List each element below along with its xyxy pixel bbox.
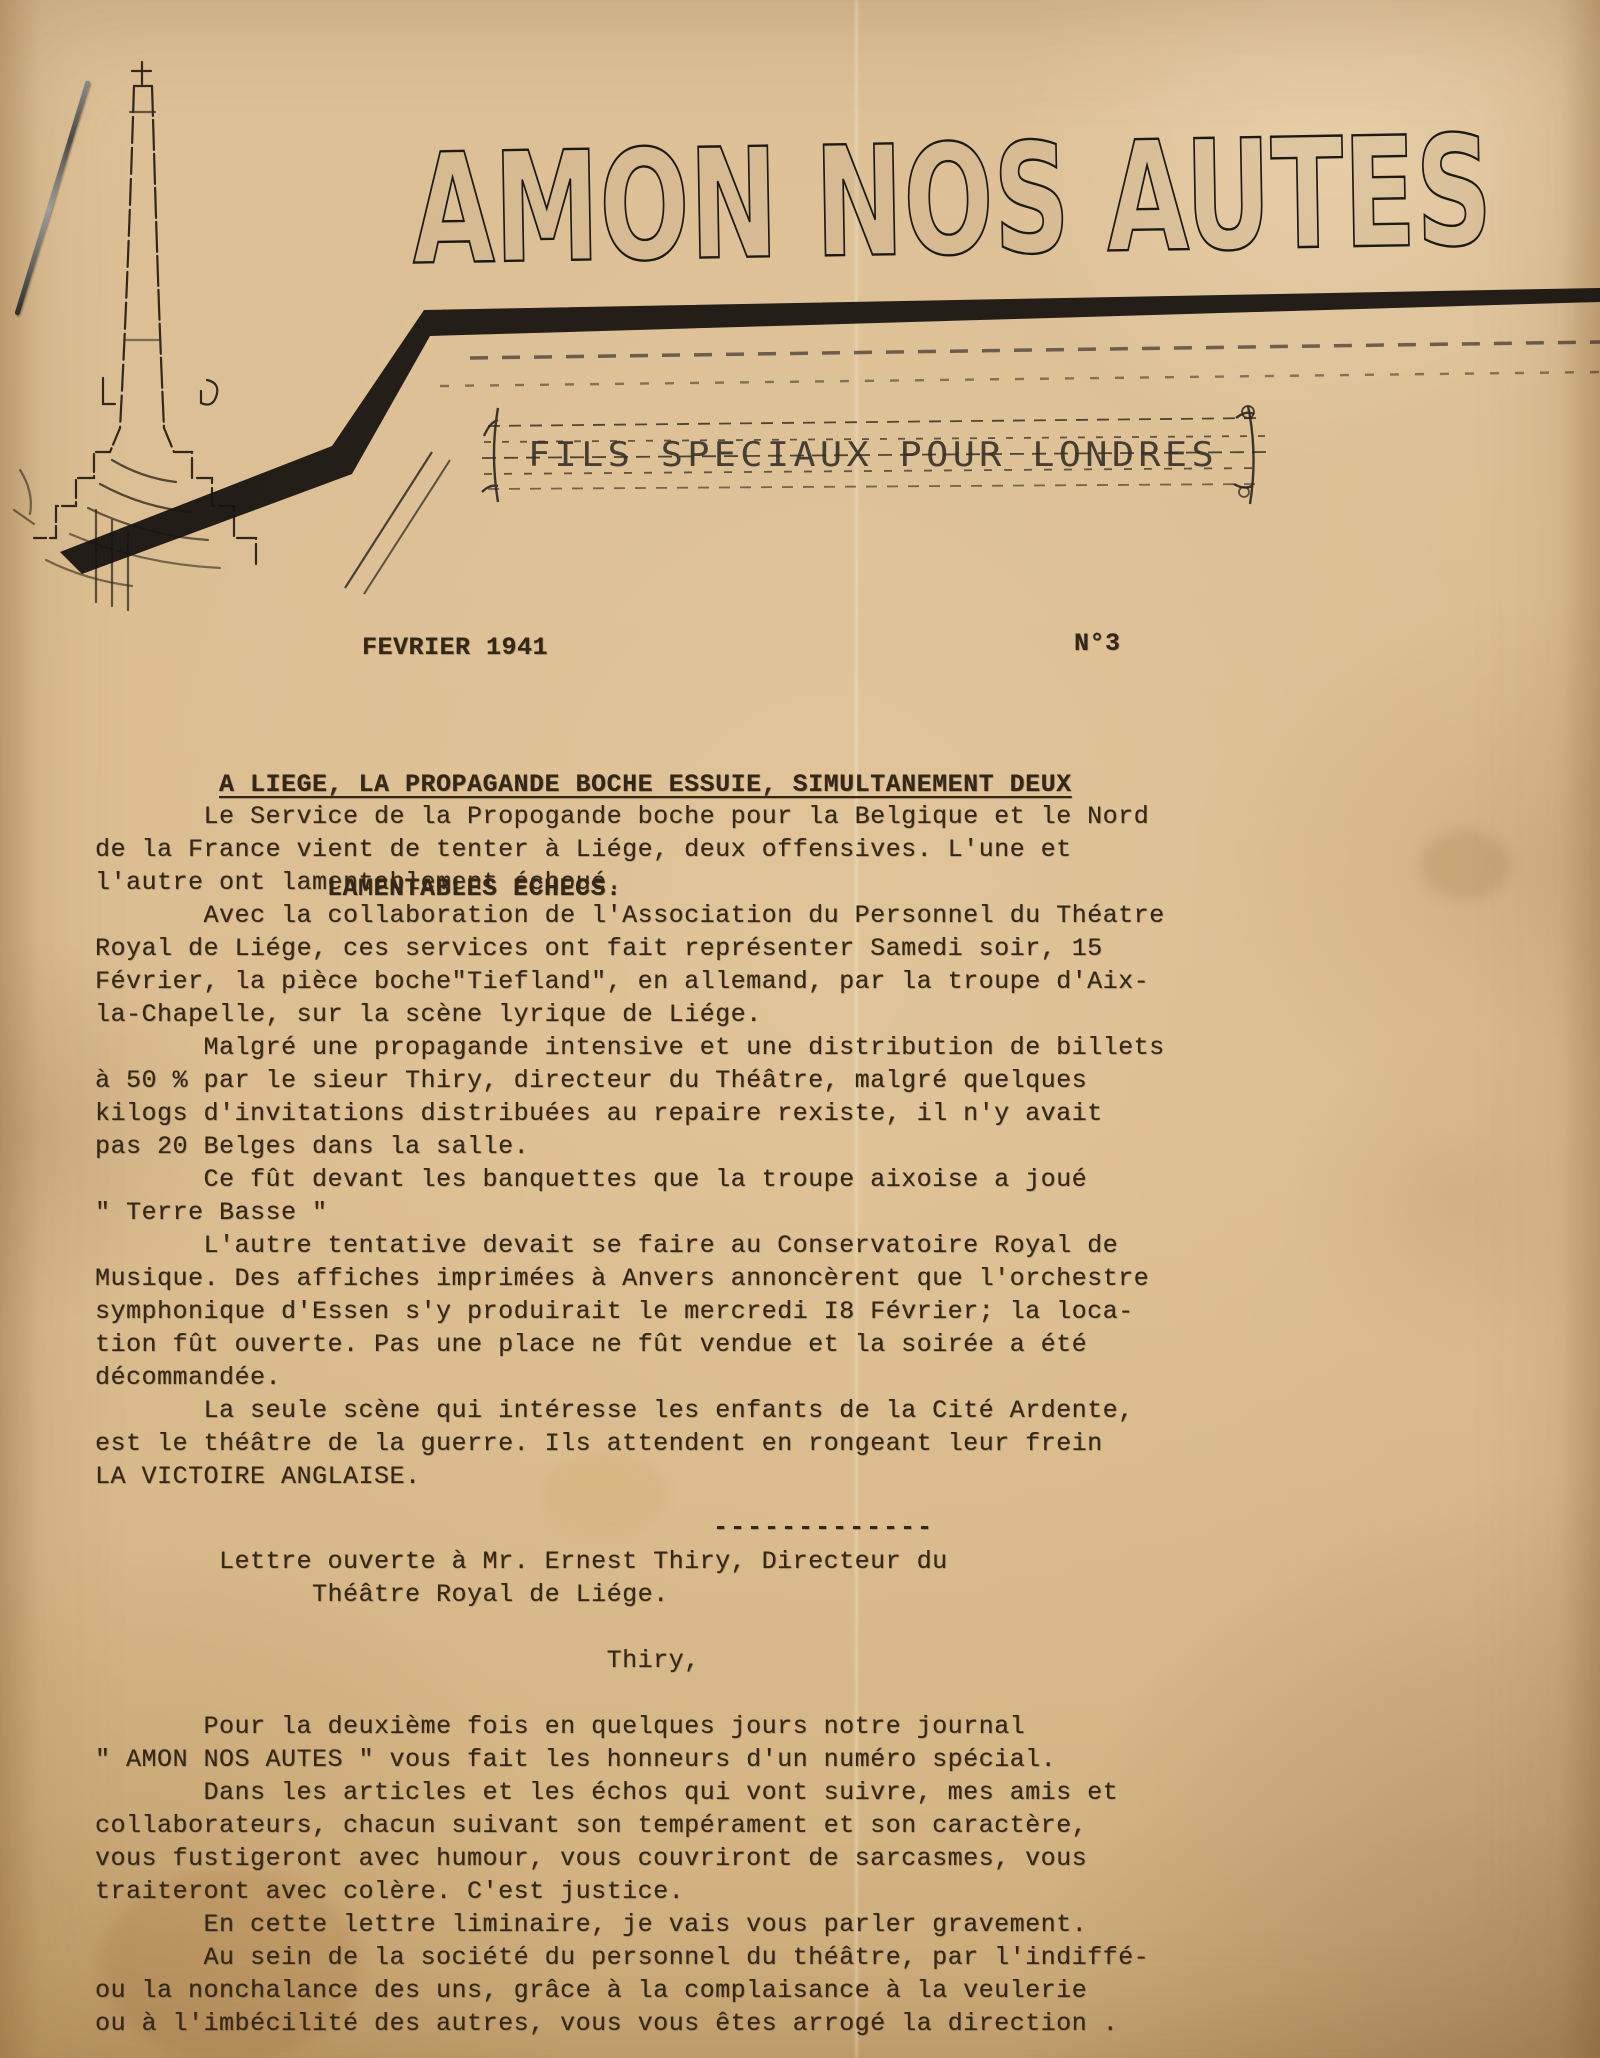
- banner-text: FILS SPECIAUX POUR LONDRES: [528, 435, 1218, 475]
- masthead-title: AMON NOS AUTES: [400, 85, 1520, 300]
- paper-stain: [1420, 830, 1510, 900]
- issue-number-text: N°3: [1074, 629, 1121, 658]
- headline-line-1: A LIEGE, LA PROPAGANDE BOCHE ESSUIE, SIM…: [219, 766, 1072, 804]
- scanned-newsletter-page: AMON NOS AUTES FILS SPECIAUX POUR LONDRE…: [0, 0, 1600, 2058]
- telegraph-banner: FILS SPECIAUX POUR LONDRES: [470, 396, 1280, 511]
- article-text: Le Service de la Propogande boche pour l…: [95, 800, 1165, 1493]
- masthead-title-text: AMON NOS AUTES: [411, 103, 1494, 299]
- issue-number: N°3: [1012, 594, 1121, 693]
- issue-date-text: FEVRIER 1941: [362, 633, 548, 662]
- issue-date: FEVRIER 1941: [300, 598, 548, 697]
- letter-text: Lettre ouverte à Mr. Ernest Thiry, Direc…: [95, 1545, 1149, 2040]
